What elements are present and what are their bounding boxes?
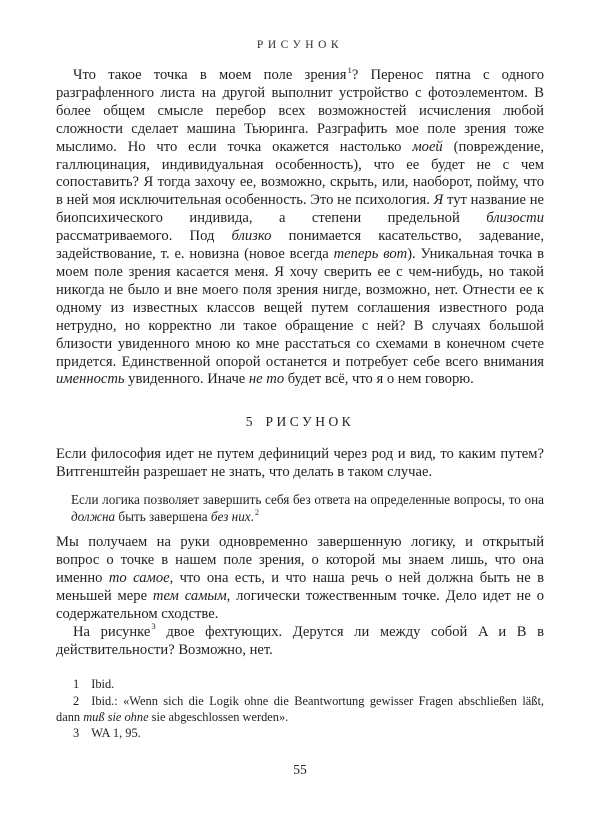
section-number: 5 xyxy=(246,414,253,429)
italic-text-run: близости xyxy=(486,210,544,226)
footnote-ref: 3 xyxy=(151,621,155,631)
italic-text-run: без них xyxy=(211,509,251,524)
paragraph-4: На рисунке3 двое фехтующих. Дерутся ли м… xyxy=(56,624,544,660)
italic-text-run: Я xyxy=(434,192,444,208)
text-run: ). Уникальная точка в моем поле зрения к… xyxy=(56,246,544,369)
paragraph-2: Если философия идет не путем дефиниций ч… xyxy=(56,446,544,482)
footnote-3: 3WA 1, 95. xyxy=(56,725,544,741)
text-run: sie abgeschlossen werden». xyxy=(149,710,289,724)
italic-text-run: близко xyxy=(232,228,272,244)
text-run: Если логика позволяет завершить себя без… xyxy=(71,492,544,507)
block-quote: Если логика позволяет завершить себя без… xyxy=(71,491,544,525)
footnote-ref: 2 xyxy=(255,508,259,517)
text-run: рассматриваемого. Под xyxy=(56,228,232,244)
text-run: увиденного. Иначе xyxy=(125,371,249,387)
italic-text-run: то самое xyxy=(109,570,170,586)
footnote-number: 2 xyxy=(73,694,79,708)
section-heading: 5РИСУНОК xyxy=(56,414,544,430)
italic-text-run: muß sie ohne xyxy=(83,710,148,724)
text-run: быть завершена xyxy=(115,509,211,524)
footnote-2: 2Ibid.: «Wenn sich die Logik ohne die Be… xyxy=(56,693,544,725)
text-run: Если философия идет не путем дефиниций ч… xyxy=(56,446,544,480)
footnote-ref: 1 xyxy=(347,65,351,75)
text-run: . xyxy=(251,509,254,524)
footnote-1: 1Ibid. xyxy=(56,676,544,692)
page-number: 55 xyxy=(56,762,544,778)
section-title: РИСУНОК xyxy=(266,414,355,429)
footnotes-block: 1Ibid. 2Ibid.: «Wenn sich die Logik ohne… xyxy=(56,676,544,741)
text-run: WA 1, 95. xyxy=(91,726,141,740)
text-run: На рисунке xyxy=(73,624,150,640)
book-page: РИСУНОК Что такое точка в моем поле зрен… xyxy=(0,0,600,828)
text-run: Ibid. xyxy=(91,677,114,691)
paragraph-1: Что такое точка в моем поле зрения1? Пер… xyxy=(56,67,544,389)
italic-text-run: тем самым xyxy=(153,588,227,604)
italic-text-run: должна xyxy=(71,509,115,524)
running-head: РИСУНОК xyxy=(56,38,544,52)
italic-text-run: теперь вот xyxy=(334,246,408,262)
body-text: Что такое точка в моем поле зрения1? Пер… xyxy=(56,67,544,659)
text-run: Что такое точка в моем поле зрения xyxy=(73,67,346,83)
italic-text-run: моей xyxy=(412,139,442,155)
text-run: будет всё, что я о нем говорю. xyxy=(284,371,474,387)
paragraph-3: Мы получаем на руки одновременно заверше… xyxy=(56,534,544,624)
footnote-number: 3 xyxy=(73,726,79,740)
footnote-number: 1 xyxy=(73,677,79,691)
italic-text-run: не то xyxy=(249,371,284,387)
italic-text-run: именность xyxy=(56,371,125,387)
